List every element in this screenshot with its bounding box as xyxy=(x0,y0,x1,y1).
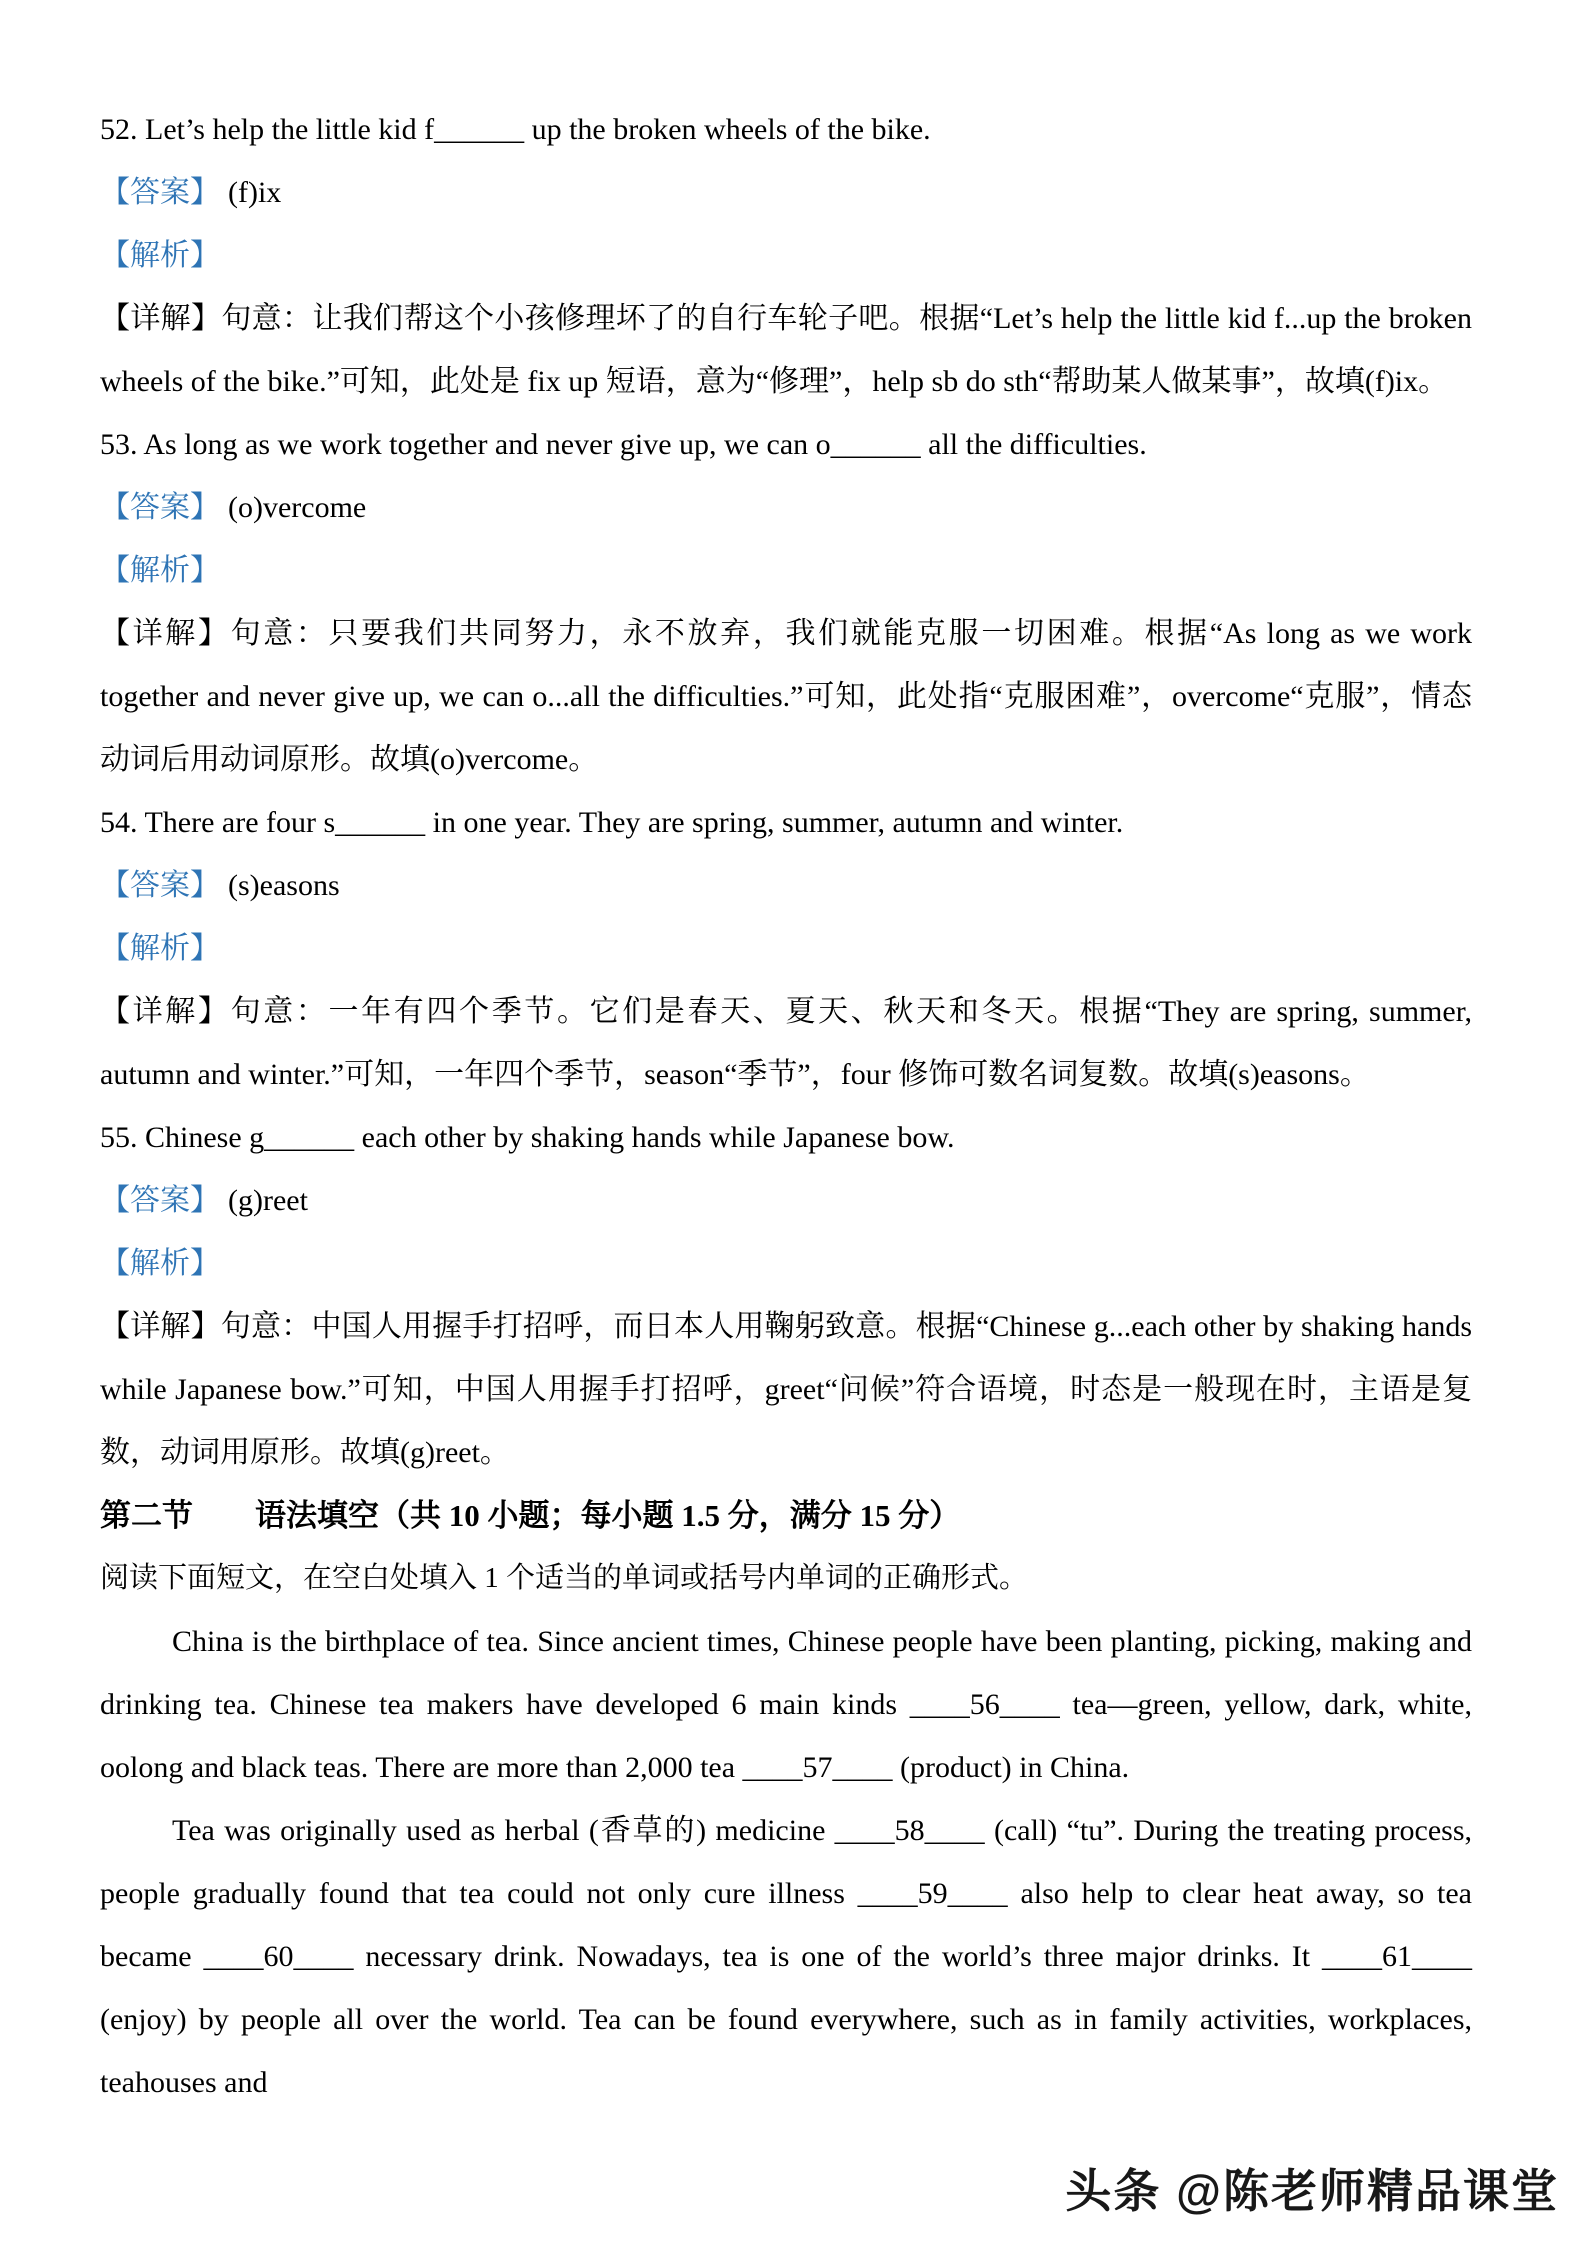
answer-label: 【答案】 xyxy=(100,176,220,209)
answer-label: 【答案】 xyxy=(100,491,220,524)
question-53-detail: 【详解】句意：只要我们共同努力，永不放弃，我们就能克服一切困难。根据“As lo… xyxy=(100,602,1472,791)
section-instructions: 阅读下面短文，在空白处填入 1 个适当的单词或括号内单词的正确形式。 xyxy=(100,1547,1472,1610)
passage-paragraph-1: China is the birthplace of tea. Since an… xyxy=(100,1610,1472,1799)
analysis-label: 【解析】 xyxy=(100,539,1472,602)
question-53-stem: 53. As long as we work together and neve… xyxy=(100,413,1472,476)
question-52-detail: 【详解】句意：让我们帮这个小孩修理坏了的自行车轮子吧。根据“Let’s help… xyxy=(100,287,1472,413)
question-53-answer-line: 【答案】(o)vercome xyxy=(100,476,1472,539)
answer-value: (s)easons xyxy=(228,869,340,902)
analysis-label: 【解析】 xyxy=(100,917,1472,980)
question-54-stem: 54. There are four s______ in one year. … xyxy=(100,791,1472,854)
analysis-label: 【解析】 xyxy=(100,224,1472,287)
answer-label: 【答案】 xyxy=(100,869,220,902)
passage-paragraph-2: Tea was originally used as herbal (香草的) … xyxy=(100,1799,1472,2114)
question-54-answer-line: 【答案】(s)easons xyxy=(100,854,1472,917)
answer-value: (o)vercome xyxy=(228,491,366,524)
analysis-label: 【解析】 xyxy=(100,1232,1472,1295)
answer-label: 【答案】 xyxy=(100,1184,220,1217)
answer-value: (f)ix xyxy=(228,176,281,209)
toutiao-watermark: 头条 @陈老师精品课堂 xyxy=(1065,2155,1559,2221)
question-55-answer-line: 【答案】(g)reet xyxy=(100,1169,1472,1232)
question-54-detail: 【详解】句意：一年有四个季节。它们是春天、夏天、秋天和冬天。根据“They ar… xyxy=(100,980,1472,1106)
section-title: 第二节 语法填空（共 10 小题；每小题 1.5 分，满分 15 分） xyxy=(100,1484,1472,1547)
question-52-answer-line: 【答案】(f)ix xyxy=(100,161,1472,224)
question-55-stem: 55. Chinese g______ each other by shakin… xyxy=(100,1106,1472,1169)
question-55-detail: 【详解】句意：中国人用握手打招呼，而日本人用鞠躬致意。根据“Chinese g.… xyxy=(100,1295,1472,1484)
question-52-stem: 52. Let’s help the little kid f______ up… xyxy=(100,98,1472,161)
answer-value: (g)reet xyxy=(228,1184,308,1217)
document-page: 52. Let’s help the little kid f______ up… xyxy=(0,0,1587,2245)
